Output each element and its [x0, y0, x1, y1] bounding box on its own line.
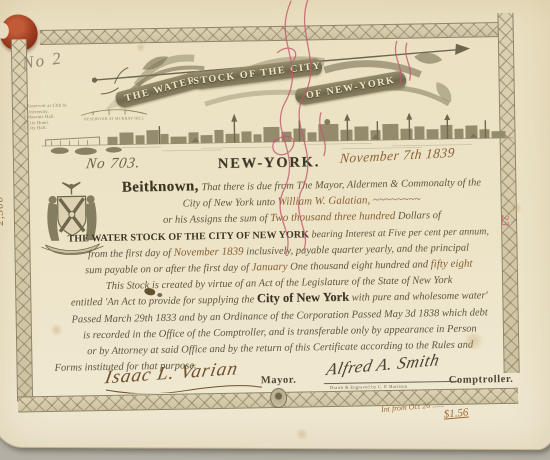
foxing-stain	[462, 332, 484, 350]
body-segment: entitled 'An Act to provide for supplyin…	[71, 295, 257, 309]
comptroller-title: Comptroller.	[449, 374, 514, 386]
body-segment: from the first day of	[88, 248, 174, 260]
serial-number-main: No 703.	[85, 155, 142, 173]
border-left-band	[11, 39, 33, 401]
foxing-stain	[136, 42, 146, 52]
mayor-title: Mayor.	[261, 375, 297, 387]
body-segment: fifty eight	[431, 257, 473, 270]
body-segment: November 1839	[174, 245, 244, 258]
margin-amount-right: 23	[499, 215, 510, 227]
certificate-paper: THE WATER STOCK OF THE CITY OF NEW-YORK …	[0, 0, 550, 450]
certificate-body: THE WATER STOCK OF THE CITY OF NEW-YORK …	[0, 0, 550, 453]
body-segment: City of New York	[257, 290, 349, 306]
red-cancellation-marks	[231, 0, 436, 264]
ink-blot-small	[157, 293, 162, 297]
foxing-stain	[294, 429, 310, 439]
body-segment: with pure and wholesome water'	[349, 291, 488, 304]
body-segment: Beitknown,	[122, 178, 199, 195]
foxing-stain	[510, 202, 522, 214]
serial-number-top: No 2	[21, 48, 64, 73]
foxing-stain	[49, 324, 63, 336]
margin-amount-left: 2,300	[0, 196, 6, 226]
